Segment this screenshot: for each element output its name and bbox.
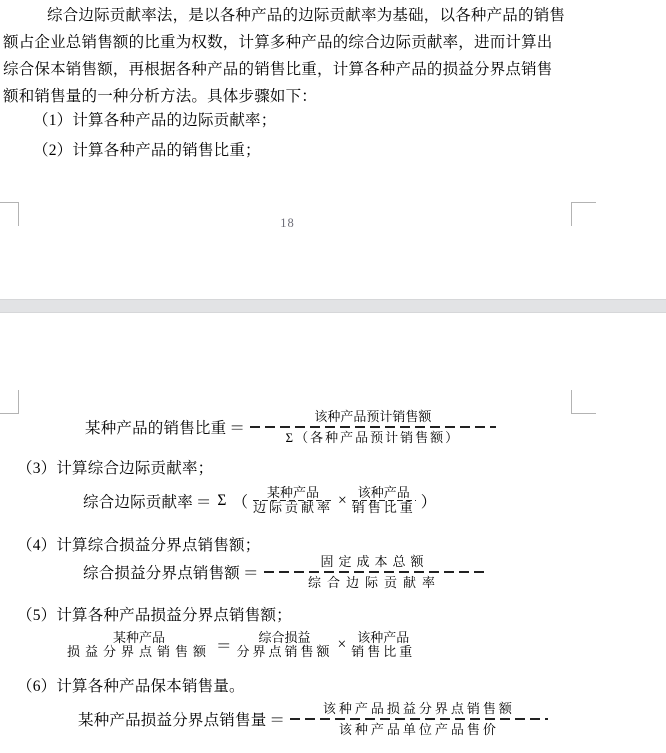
fraction-numerator: 该种产品预计销售额: [314, 409, 431, 424]
formula-product-breakeven-volume: 某种产品损益分界点销售量 ＝ 该种产品损益分界点销售额 该种产品单位产品售价: [78, 701, 550, 737]
sigma-symbol: Σ: [217, 492, 226, 510]
fraction: 固定成本总额 综合边际贡献率: [264, 554, 486, 590]
stacked-term-bottom: 分界点销售额: [237, 645, 333, 659]
fraction-denominator: 综合边际贡献率: [308, 575, 441, 590]
stacked-term-bottom: 损益分界点销售额: [67, 645, 211, 659]
page-separator-band: [0, 299, 666, 313]
stacked-term-bottom: 销售比重: [351, 645, 415, 659]
equals-sign: ＝: [243, 561, 259, 583]
stacked-term: 某种产品 损益分界点销售额: [67, 631, 211, 659]
close-paren: ）: [421, 490, 437, 512]
formula-lhs: 综合损益分界点销售额: [83, 561, 240, 583]
equals-sign: ＝: [269, 708, 285, 730]
fraction: 该种产品预计销售额 Σ（各种产品预计销售额）: [250, 409, 496, 445]
times-sign: ×: [338, 492, 347, 510]
stacked-term: 该种产品 销售比重: [351, 631, 415, 659]
stacked-term: 综合损益 分界点销售额: [237, 631, 333, 659]
fraction-bar: [290, 718, 548, 720]
fraction-numerator: 某种产品: [267, 486, 319, 500]
fraction-numerator: 该种产品: [358, 486, 410, 500]
fraction: 某种产品 边际贡献率: [253, 486, 333, 515]
list-item-3: （3）计算综合边际贡献率；: [17, 459, 213, 479]
stacked-term-top: 综合损益: [259, 631, 311, 645]
open-paren: （: [232, 490, 248, 512]
fraction-bar: [264, 571, 486, 573]
stacked-term-top: 该种产品: [357, 631, 409, 645]
fraction-denominator: 销售比重: [352, 501, 416, 515]
document-page-view: 综合边际贡献率法，是以各种产品的边际贡献率为基础，以各种产品的销售 额占企业总销…: [0, 0, 666, 753]
formula-lhs: 综合边际贡献率: [83, 490, 193, 512]
list-item-1: （1）计算各种产品的边际贡献率；: [33, 111, 276, 131]
formula-sales-proportion: 某种产品的销售比重 ＝ 该种产品预计销售额 Σ（各种产品预计销售额）: [85, 409, 498, 445]
equals-sign: ＝: [196, 490, 212, 512]
fraction-denominator: 边际贡献率: [253, 501, 333, 515]
fraction-numerator: 固定成本总额: [321, 554, 429, 569]
list-item-4: （4）计算综合损益分界点销售额；: [17, 536, 260, 556]
times-sign: ×: [338, 636, 347, 654]
paragraph-line: 额和销售量的一种分析方法。具体步骤如下：: [3, 87, 317, 107]
page-number: 18: [0, 216, 575, 231]
equals-sign: ＝: [229, 416, 245, 438]
paragraph-line: 综合保本销售额，再根据各种产品的销售比重，计算各种产品的损益分界点销售: [3, 60, 553, 80]
fraction: 该种产品损益分界点销售额 该种产品单位产品售价: [290, 701, 548, 737]
list-item-5: （5）计算各种产品损益分界点销售额；: [17, 606, 292, 626]
fraction-denominator: Σ（各种产品预计销售额）: [286, 430, 461, 445]
text-boundary-mark-top-left: [0, 390, 19, 414]
paragraph-line: 综合边际贡献率法，是以各种产品的边际贡献率为基础，以各种产品的销售: [47, 6, 565, 26]
formula-composite-breakeven-sales: 综合损益分界点销售额 ＝ 固定成本总额 综合边际贡献率: [83, 554, 488, 590]
fraction: 该种产品 销售比重: [352, 486, 416, 515]
text-boundary-mark-top-right: [571, 390, 596, 414]
fraction-bar: [250, 426, 496, 428]
formula-lhs: 某种产品损益分界点销售量: [78, 708, 266, 730]
paragraph-line: 额占企业总销售额的比重为权数，计算多种产品的综合边际贡献率，进而计算出: [3, 33, 553, 53]
equals-sign: ＝: [216, 634, 232, 656]
formula-lhs: 某种产品的销售比重: [85, 416, 226, 438]
fraction-denominator: 该种产品单位产品售价: [339, 722, 499, 737]
fraction-numerator: 该种产品损益分界点销售额: [323, 701, 515, 716]
list-item-6: （6）计算各种产品保本销售量。: [17, 677, 245, 697]
formula-product-breakeven-sales: 某种产品 损益分界点销售额 ＝ 综合损益 分界点销售额 × 该种产品 销售比重: [65, 631, 417, 659]
formula-composite-margin-rate: 综合边际贡献率 ＝ Σ （ 某种产品 边际贡献率 × 该种产品 销售比重 ）: [83, 486, 439, 515]
stacked-term-top: 某种产品: [113, 631, 165, 645]
list-item-2: （2）计算各种产品的销售比重；: [33, 141, 261, 161]
